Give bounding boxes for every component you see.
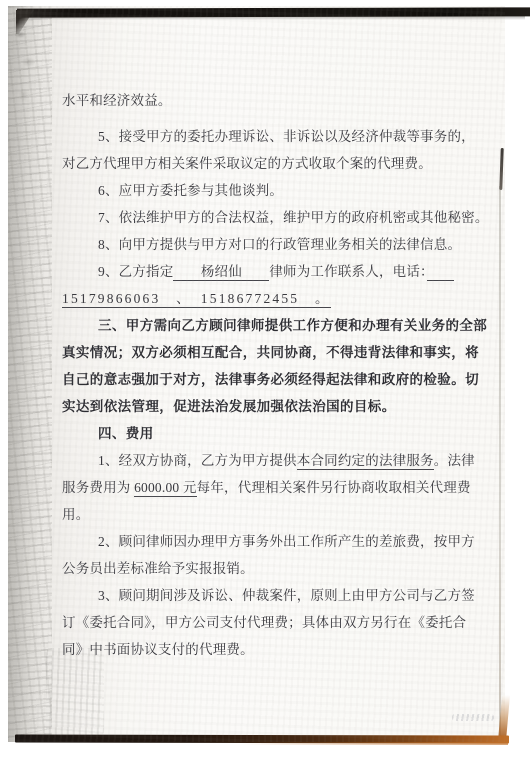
text-segment: 三、甲方需向乙方顾问律师提供工作方便和办理有关业务的全部 bbox=[98, 318, 487, 333]
document-line: 同》中书面协议支付的代理费。 bbox=[62, 636, 465, 663]
underlined-text-segment: 6000.00 元 bbox=[134, 480, 197, 497]
document-line: 三、甲方需向乙方顾问律师提供工作方便和办理有关业务的全部 bbox=[62, 312, 465, 339]
document-line: 2、顾问律师因办理甲方事务外出工作所产生的差旅费，按甲方 bbox=[62, 528, 465, 555]
document-line: 3、顾问期间涉及诉讼、仲裁案件，原则上由甲方公司与乙方签 bbox=[62, 582, 465, 609]
text-segment: 水平和经济效益。 bbox=[62, 93, 172, 108]
text-segment: 四、费用 bbox=[98, 426, 154, 441]
document-line: 用。 bbox=[62, 501, 465, 528]
document-line: 真实情况；双方必须相互配合，共同协商，不得违背法律和事实，将 bbox=[62, 339, 465, 366]
text-segment: 8、向甲方提供与甲方对口的行政管理业务相关的法律信息。 bbox=[98, 237, 461, 252]
text-segment: 9、乙方指定 bbox=[98, 264, 173, 279]
text-segment: 5、接受甲方的委托办理诉讼、非诉讼以及经济仲裁等事务的， bbox=[98, 129, 475, 144]
document-line: 服务费用为 6000.00 元每年，代理相关案件另行协商收取相关代理费 bbox=[62, 474, 465, 501]
text-segment: 。法律 bbox=[434, 453, 475, 468]
document-line: 对乙方代理甲方相关案件采取议定的方式收取个案的代理费。 bbox=[62, 150, 465, 177]
text-segment: 公务员出差标准给予实报报销。 bbox=[62, 561, 254, 576]
document-text: 水平和经济效益。5、接受甲方的委托办理诉讼、非诉讼以及经济仲裁等事务的，对乙方代… bbox=[8, 6, 505, 663]
document-line: 水平和经济效益。 bbox=[62, 87, 465, 114]
text-segment: 3、顾问期间涉及诉讼、仲裁案件，原则上由甲方公司与乙方签 bbox=[98, 588, 475, 603]
underlined-text-segment: 15179866063 、 15186772455 。 bbox=[62, 291, 331, 308]
document-line: 自己的意志强加于对方，法律事务必须经得起法律和政府的检验。切 bbox=[62, 366, 465, 393]
text-segment: 律师为工作联系人，电话： bbox=[269, 264, 427, 279]
document-line: 5、接受甲方的委托办理诉讼、非诉讼以及经济仲裁等事务的， bbox=[62, 123, 465, 150]
faint-pencil-mark bbox=[452, 714, 494, 721]
text-segment: 自己的意志强加于对方，法律事务必须经得起法律和政府的检验。切 bbox=[62, 372, 479, 387]
text-segment: 服务费用为 bbox=[62, 480, 134, 495]
text-segment: 真实情况；双方必须相互配合，共同协商，不得违背法律和事实，将 bbox=[62, 345, 479, 360]
text-segment: 1、经双方协商，乙方为甲方提供 bbox=[98, 453, 297, 468]
text-segment: 实达到依法管理，促进法治发展加强依法治国的目标。 bbox=[62, 399, 396, 414]
document-line: 公务员出差标准给予实报报销。 bbox=[62, 555, 465, 582]
document-line: 订《委托合同》，甲方公司支付代理费；具体由双方另行在《委托合 bbox=[62, 609, 465, 636]
document-line: 实达到依法管理，促进法治发展加强依法治国的目标。 bbox=[62, 393, 465, 420]
document-line: 15179866063 、 15186772455 。 bbox=[62, 285, 465, 312]
text-segment: 订《委托合同》，甲方公司支付代理费；具体由双方另行在《委托合 bbox=[62, 615, 466, 630]
scanner-bottom-band-glow bbox=[240, 742, 508, 745]
text-segment: 6、应甲方委托参与其他谈判。 bbox=[98, 183, 283, 198]
text-segment: 7、依法维护甲方的合法权益，维护甲方的政府机密或其他秘密。 bbox=[98, 210, 489, 225]
underlined-text-segment: 本合同约定的法律服务 bbox=[297, 453, 434, 470]
text-segment: 2、顾问律师因办理甲方事务外出工作所产生的差旅费，按甲方 bbox=[98, 534, 475, 549]
underlined-text-segment: 杨绍仙 bbox=[173, 264, 269, 281]
document-line: 7、依法维护甲方的合法权益，维护甲方的政府机密或其他秘密。 bbox=[62, 204, 465, 231]
document-line: 8、向甲方提供与甲方对口的行政管理业务相关的法律信息。 bbox=[62, 231, 465, 258]
underlined-text-segment bbox=[427, 264, 454, 281]
scanned-document: 水平和经济效益。5、接受甲方的委托办理诉讼、非诉讼以及经济仲裁等事务的，对乙方代… bbox=[0, 0, 530, 760]
document-line: 四、费用 bbox=[62, 420, 465, 447]
text-segment: 每年，代理相关案件另行协商收取相关代理费 bbox=[197, 480, 471, 495]
document-line: 9、乙方指定 杨绍仙 律师为工作联系人，电话： bbox=[62, 258, 465, 285]
document-line: 1、经双方协商，乙方为甲方提供本合同约定的法律服务。法律 bbox=[62, 447, 465, 474]
text-segment: 用。 bbox=[62, 507, 89, 522]
text-segment: 对乙方代理甲方相关案件采取议定的方式收取个案的代理费。 bbox=[62, 156, 432, 171]
text-segment: 同》中书面协议支付的代理费。 bbox=[62, 642, 254, 657]
document-line: 6、应甲方委托参与其他谈判。 bbox=[62, 177, 465, 204]
